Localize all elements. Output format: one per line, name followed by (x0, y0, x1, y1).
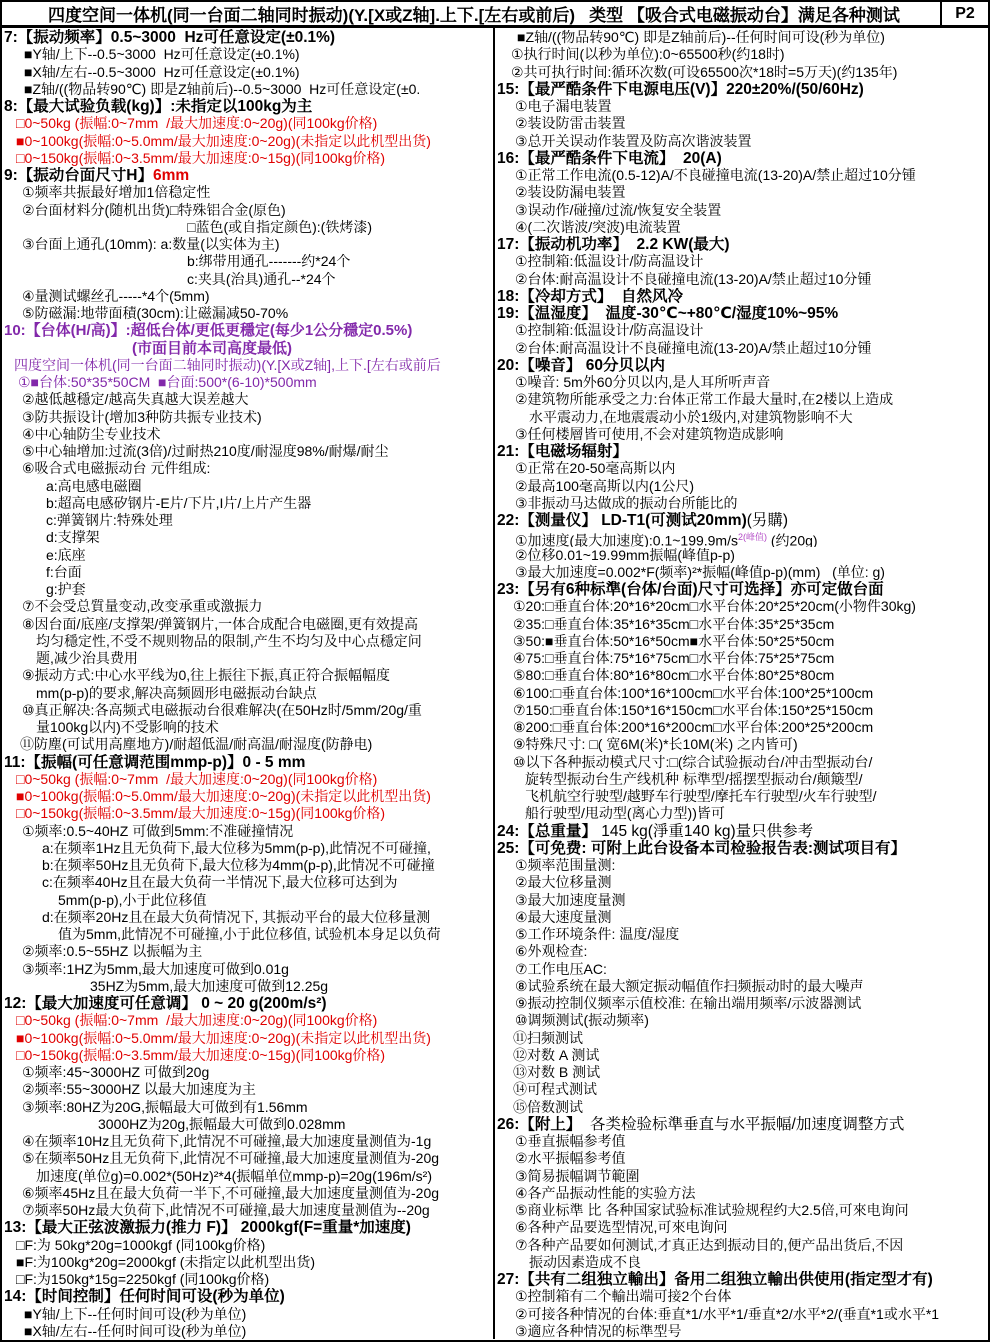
spec-line: g:护套 (2, 581, 493, 598)
spec-line: ⑬对数 B 测试 (495, 1064, 988, 1081)
spec-line: 26:【附上】 各类检验标準垂直与水平振幅/加速度调整方式 (495, 1116, 988, 1133)
spec-line: ④75:□垂直台体:75*16*75cm□水平台体:75*25*75cm (495, 650, 988, 667)
spec-line: □0~50kg (振幅:0~7mm /最大加速度:0~20g)(同100kg价格… (2, 115, 493, 132)
spec-line: ①正常工作电流(0.5-12)A/不良碰撞电流(13-20)A/禁止超过10分锺 (495, 167, 988, 184)
spec-line: ⑤防磁漏:地带面積(30cm):让磁漏减50-70% (2, 305, 493, 322)
spec-line: ①正常在20-50毫高斯以内 (495, 460, 988, 477)
spec-line: 水平震动力,在地震震动小於1级内,对建筑物影响不大 (495, 409, 988, 426)
spec-line: ⑪防塵(可试用高塵地方)/耐超低温/耐高温/耐湿度(防静电) (2, 736, 493, 753)
spec-line: ⑦频率50Hz最大负荷下,此情况不可碰撞,最大加速度量测值为--20g (2, 1202, 493, 1219)
spec-line: ②共可执行时间:循环次数(可设65500次*18时=5万天)(约135年) (495, 64, 988, 81)
spec-line: ⑥100:□垂直台体:100*16*100cm□水平台体:100*25*100c… (495, 685, 988, 702)
spec-line: ③总开关误动作装置及防高次谐波装置 (495, 133, 988, 150)
spec-line: ②可接各种情况的台体:垂直*1/水平*1/垂直*2/水平*2/(垂直*1或水平*… (495, 1306, 988, 1323)
spec-line-segment: 22:【测量仪】 LD-T1(可测试20mm) (497, 512, 747, 529)
spec-line: 振动因素造成不良 (495, 1254, 988, 1271)
spec-line: ■Z轴/((物品转90℃) 即是Z轴前后)--0.5~3000 Hz可任意设定(… (2, 81, 493, 98)
page-number: P2 (940, 2, 988, 25)
spec-line: ■0~100kg(振幅:0~5.0mm/最大加速度:0~20g)(未指定以此机型… (2, 1030, 493, 1047)
spec-line: ③最大加速度=0.002*F(频率)²*振幅(峰值p-p)(mm) (单位: g… (495, 564, 988, 581)
spec-line: 量100kg以内)不受影响的技术 (2, 719, 493, 736)
spec-line: □0~150kg(振幅:0~3.5mm/最大加速度:0~15g)(同100kg价… (2, 1047, 493, 1064)
spec-line: □0~150kg(振幅:0~3.5mm/最大加速度:0~15g)(同100kg价… (2, 805, 493, 822)
spec-line: 15:【最严酷条件下电源电压(V)】220±20%/(50/60Hz) (495, 81, 988, 98)
spec-line: ⑫对数 A 测试 (495, 1047, 988, 1064)
spec-line: 25:【可免费: 可附上此台设备本司检验报告表:测试项目有】 (495, 840, 988, 857)
spec-line: ⑨振动方式:中心水平线为0,往上振往下振,真正符合振幅幅度 (2, 667, 493, 684)
spec-line: ②台体:耐高温设计不良碰撞电流(13-20)A/禁止超过10分锺 (495, 340, 988, 357)
spec-line: ⑥外观检查: (495, 943, 988, 960)
spec-line: 23:【另有6种标準(台体/台面)尺寸可选择】亦可定做台面 (495, 581, 988, 598)
spec-line: 7:【振动频率】0.5~3000 Hz可任意设定(±0.1%) (2, 29, 493, 46)
spec-line: ①加速度(最大加速度):0.1~199.9m/s2(峰值) (约20g) (495, 529, 988, 546)
spec-line: ②建筑物所能承受之力:台体正常工作最大量时,在2楼以上造成 (495, 391, 988, 408)
spec-line: ⑩调频测试(振动频率) (495, 1012, 988, 1029)
spec-line: ⑩以下各种振动模式尺寸:□(综合试验振动台/冲击型振动台/ (495, 754, 988, 771)
spec-line: ④最大速度量测 (495, 909, 988, 926)
spec-line: ②频率:55~3000HZ 以最大加速度为主 (2, 1081, 493, 1098)
spec-line: 22:【测量仪】 LD-T1(可测试20mm)(另購) (495, 512, 988, 529)
spec-line: ③频率:80HZ为20G,振幅最大可做到有1.56mm (2, 1099, 493, 1116)
spec-line: ④(二次谐波/突波)电流装置 (495, 219, 988, 236)
spec-line: 27:【共有二组独立輸出】备用二组独立輸出供使用(指定型才有) (495, 1271, 988, 1288)
spec-line: ③防共振设计(增加3种防共振专业技术) (2, 409, 493, 426)
spec-line: ③最大加速度量测 (495, 892, 988, 909)
spec-line: 18:【冷却方式】 自然风冷 (495, 288, 988, 305)
spec-line: mm(p-p)的要求,解决高频圆形电磁振动台缺点 (2, 685, 493, 702)
spec-line: 船行驶型/甩动型(离心力型))皆可 (495, 805, 988, 822)
spec-line: ①垂直振幅参考值 (495, 1133, 988, 1150)
left-column: 7:【振动频率】0.5~3000 Hz可任意设定(±0.1%)■Y轴/上下--0… (2, 28, 495, 1339)
spec-line: ■0~100kg(振幅:0~5.0mm/最大加速度:0~20g)(未指定以此机型… (2, 133, 493, 150)
spec-line: d:支撑架 (2, 529, 493, 546)
spec-line: ■0~100kg(振幅:0~5.0mm/最大加速度:0~20g)(未指定以此机型… (2, 788, 493, 805)
spec-line: ⑥频率45Hz且在最大负荷一半下,不可碰撞,最大加速度量测值为-20g (2, 1185, 493, 1202)
spec-line: 9:【振动台面尺寸H】6mm (2, 167, 493, 184)
spec-line: ⑧200:□垂直台体:200*16*200cm□水平台体:200*25*200c… (495, 719, 988, 736)
spec-line: 飞机航空行驶型/越野车行驶型/摩托车行驶型/火车行驶型/ (495, 788, 988, 805)
spec-line: ①执行时间(以秒为单位):0~65500秒(约18时) (495, 46, 988, 63)
spec-line: 14:【时间控制】任何时间可设(秒为单位) (2, 1288, 493, 1305)
spec-line: ④各产品振动性能的实验方法 (495, 1185, 988, 1202)
spec-line-segment: 145 kg(淨重140 kg)量只供参考 (597, 823, 813, 840)
spec-line-segment: ①加速度(最大加速度):0.1~199.9m/s (515, 533, 738, 547)
spec-line: (市面目前本司高度最低) (2, 340, 493, 357)
spec-line: ⑤80:□垂直台体:80*16*80cm□水平台体:80*25*80cm (495, 667, 988, 684)
spec-line: ②35:□垂直台体:35*16*35cm□水平台体:35*25*35cm (495, 616, 988, 633)
spec-line: ③任何楼層皆可使用,不会对建筑物造成影响 (495, 426, 988, 443)
spec-line: ③適应各种情况的标準型号 (495, 1323, 988, 1339)
spec-line: ■X轴/左右--任何时间可设(秒为单位) (2, 1323, 493, 1339)
spec-line: ③非振动马达做成的振动台所能比的 (495, 495, 988, 512)
spec-line: 19:【温湿度】 温度-30℃~+80℃/湿度10%~95% (495, 305, 988, 322)
spec-line: ③50:■垂直台体:50*16*50cm■水平台体:50*25*50cm (495, 633, 988, 650)
spec-line: ⑤在频率50Hz且无负荷下,此情况不可碰撞,最大加速度量测值为-20g (2, 1150, 493, 1167)
spec-sheet-page: 四度空间一体机(同一台面二轴同时振动)(Y.[X或Z轴].上下.[左右或前后) … (0, 0, 990, 1342)
spec-line: 旋转型振动台生产线机种 标準型/摇摆型振动台/颠簸型/ (495, 771, 988, 788)
spec-line: ①频率:0.5~40HZ 可做到5mm:不准碰撞情况 (2, 823, 493, 840)
spec-line: □F:为 50kg*20g=1000kgf (同100kg价格) (2, 1237, 493, 1254)
spec-line: □F:为150kg*15g=2250kgf (同100kg价格) (2, 1271, 493, 1288)
spec-line: 13:【最大正弦波激振力(推力 F)】 2000kgf(F=重量*加速度) (2, 1219, 493, 1236)
spec-line: 11:【振幅(可任意调范围mmp-p)】0 - 5 mm (2, 754, 493, 771)
spec-line: ②最高100毫高斯以内(1公尺) (495, 478, 988, 495)
spec-line: ①频率:45~3000HZ 可做到20g (2, 1064, 493, 1081)
spec-line: 12:【最大加速度可任意调】 0 ~ 20 g(200m/s²) (2, 995, 493, 1012)
spec-line: ⑤工作环境条件: 温度/湿度 (495, 926, 988, 943)
right-column: ■Z轴/((物品转90℃) 即是Z轴前后)--任何时间可设(秒为单位)①执行时间… (495, 28, 988, 1339)
spec-line: ⑥各种产品要选型情况,可來电询问 (495, 1219, 988, 1236)
spec-line: 24:【总重量】 145 kg(淨重140 kg)量只供参考 (495, 823, 988, 840)
spec-line: 均匀穩定性,不受不规则物品的限制,产生不均匀及中心点穩定问 (2, 633, 493, 650)
spec-line-segment: 2(峰值) (738, 532, 767, 542)
spec-line-segment: (另購) (747, 512, 788, 529)
spec-line: ■Z轴/((物品转90℃) 即是Z轴前后)--任何时间可设(秒为单位) (495, 29, 988, 46)
spec-line: ⑮倍数测试 (495, 1099, 988, 1116)
spec-line: ①控制箱:低温设计/防高温设计 (495, 253, 988, 270)
spec-line: ①电子漏电装置 (495, 98, 988, 115)
spec-line: ②最大位移量测 (495, 874, 988, 891)
spec-line-segment: 9:【振动台面尺寸H】 (4, 167, 153, 184)
spec-line: ④在频率10Hz且无负荷下,此情况不可碰撞,最大加速度量测值为-1g (2, 1133, 493, 1150)
spec-line: f:台面 (2, 564, 493, 581)
spec-line: c:夹具(治具)通孔--*24个 (2, 271, 493, 288)
spec-line: ②台面材料分(随机出货)□特殊铝合金(原色) (2, 202, 493, 219)
spec-line: ①控制箱:低温设计/防高温设计 (495, 322, 988, 339)
page-header: 四度空间一体机(同一台面二轴同时振动)(Y.[X或Z轴].上下.[左右或前后) … (2, 2, 988, 28)
spec-line: a:高电感电磁圈 (2, 478, 493, 495)
spec-line: b:绑带用通孔-------约*24个 (2, 253, 493, 270)
spec-line: ③简易振幅调节範圍 (495, 1168, 988, 1185)
spec-line: ⑪扫频测试 (495, 1030, 988, 1047)
spec-line: 16:【最严酷条件下电流】 20(A) (495, 150, 988, 167)
spec-line: ③误动作/碰撞/过流/恢复安全装置 (495, 202, 988, 219)
spec-line: ⑤中心轴增加:过流(3倍)/过耐热210度/耐湿度98%/耐爆/耐尘 (2, 443, 493, 460)
spec-line: 17:【振动机功率】 2.2 KW(最大) (495, 236, 988, 253)
spec-line: ③频率:1HZ为5mm,最大加速度可做到0.01g (2, 961, 493, 978)
spec-line: ⑧试验系统在最大额定振动幅值作扫频振动时的最大噪声 (495, 978, 988, 995)
spec-line-segment: 26:【附上】 (497, 1116, 581, 1133)
spec-line: 35HZ为5mm,最大加速度可做到12.25g (2, 978, 493, 995)
spec-line: ⑨振动控制仪频率示值校准: 在输出端用频率/示波器测试 (495, 995, 988, 1012)
spec-line: ⑦工作电压AC: (495, 961, 988, 978)
spec-line: ②装设防雷击装置 (495, 115, 988, 132)
content-columns: 7:【振动频率】0.5~3000 Hz可任意设定(±0.1%)■Y轴/上下--0… (2, 28, 988, 1339)
page-title: 四度空间一体机(同一台面二轴同时振动)(Y.[X或Z轴].上下.[左右或前后) … (2, 2, 940, 26)
spec-line: ⑦各种产品要如何测试,才真正达到振动目的,便产品出货后,不因 (495, 1237, 988, 1254)
spec-line: □0~50kg (振幅:0~7mm /最大加速度:0~20g)(同100kg价格… (2, 1012, 493, 1029)
spec-line: 8:【最大试验负载(kg)】:未指定以100kg为主 (2, 98, 493, 115)
spec-line: ■F:为100kg*20g=2000kgf (未指定以此机型出货) (2, 1254, 493, 1271)
spec-line: b:在频率50Hz且无负荷下,最大位移为4mm(p-p),此情况不可碰撞 (2, 857, 493, 874)
spec-line: ①控制箱有二个輸出端可接2个台体 (495, 1288, 988, 1305)
spec-line: c:在频率40Hz且在最大负荷一半情况下,最大位移可达到为 (2, 874, 493, 891)
spec-line: c:弹簧钢片:特殊处理 (2, 512, 493, 529)
spec-line: a:在频率1Hz且无负荷下,最大位移为5mm(p-p),此情况不可碰撞, (2, 840, 493, 857)
spec-line: ②越低越穩定/越高失真越大误差越大 (2, 391, 493, 408)
spec-line: ①噪音: 5m外60分贝以内,是人耳所听声音 (495, 374, 988, 391)
spec-line-segment: 6mm (153, 167, 189, 184)
spec-line: ⑧因台面/底座/支撑架/弹簧钢片,一体合成配合电磁圈,更有效提高 (2, 616, 493, 633)
spec-line: 加速度(单位g)=0.002*(50Hz)²*4(振幅单位mmp-p)=20g(… (2, 1168, 493, 1185)
spec-line: b:超高电感矽钢片-E片/下片,I片/上片产生器 (2, 495, 493, 512)
spec-line: ①■台体:50*35*50CM ■台面:500*(6-10)*500mm (2, 374, 493, 391)
spec-line: ①频率范围量测: (495, 857, 988, 874)
spec-line: 值为5mm,此情况不可碰撞,小于此位移值, 试验机本身足以负荷 (2, 926, 493, 943)
spec-line: 10:【台体(H/高)】:超低台体/更低更穩定(每少1公分穩定0.5%) (2, 322, 493, 339)
spec-line: ■X轴/左右--0.5~3000 Hz可任意设定(±0.1%) (2, 64, 493, 81)
spec-line-segment: (约20g) (767, 533, 818, 547)
spec-line: ⑨特殊尺寸: □( 宽6M(米)*长10M(米) 之内皆可) (495, 736, 988, 753)
spec-line: ⑭可程式测试 (495, 1081, 988, 1098)
spec-line: ③台面上通孔(10mm): a:数量(以实体为主) (2, 236, 493, 253)
spec-line: ⑦不会受总質量变动,改变承重或激振力 (2, 598, 493, 615)
spec-line: 题,减少治具费用 (2, 650, 493, 667)
spec-line: d:在频率20Hz且在最大负荷情况下, 其振动平台的最大位移量测 (2, 909, 493, 926)
spec-line: □0~150kg(振幅:0~3.5mm/最大加速度:0~15g)(同100kg价… (2, 150, 493, 167)
spec-line: ①频率共振最好增加1倍稳定性 (2, 184, 493, 201)
spec-line: ④中心轴防尘专业技术 (2, 426, 493, 443)
spec-line: ②装设防漏电装置 (495, 184, 988, 201)
spec-line: ■Y轴/上下--任何时间可设(秒为单位) (2, 1306, 493, 1323)
spec-line: e:底座 (2, 547, 493, 564)
spec-line: ②频率:0.5~55HZ 以振幅为主 (2, 943, 493, 960)
spec-line: ①20:□垂直台体:20*16*20cm□水平台体:20*25*20cm(小物件… (495, 598, 988, 615)
spec-line: 四度空间一体机(同一台面二轴同时振动)(Y.[X或Z轴],上下.[左右或前后 (2, 357, 493, 374)
spec-line-segment: 24:【总重量】 (497, 823, 597, 840)
spec-line: □蓝色(或自指定颜色):(铁烤漆) (2, 219, 493, 236)
spec-line: ⑥吸合式电磁振动台 元件组成: (2, 460, 493, 477)
spec-line: □0~50kg (振幅:0~7mm /最大加速度:0~20g)(同100kg价格… (2, 771, 493, 788)
spec-line-segment: 各类检验标準垂直与水平振幅/加速度调整方式 (581, 1116, 904, 1133)
spec-line: ②台体:耐高温设计不良碰撞电流(13-20)A/禁止超过10分锺 (495, 271, 988, 288)
spec-line: ■Y轴/上下--0.5~3000 Hz可任意设定(±0.1%) (2, 46, 493, 63)
spec-line: 20:【噪音】 60分贝以内 (495, 357, 988, 374)
spec-line: 5mm(p-p),小于此位移值 (2, 892, 493, 909)
spec-line: 21:【电磁场辐射】 (495, 443, 988, 460)
spec-line: 3000HZ为20g,振幅最大可做到0.028mm (2, 1116, 493, 1133)
spec-line: ②位移0.01~19.99mm振幅(峰值p-p) (495, 547, 988, 564)
spec-line: ②水平振幅参考值 (495, 1150, 988, 1167)
spec-line: ④量测试螺丝孔-----*4个(5mm) (2, 288, 493, 305)
spec-line: ⑦150:□垂直台体:150*16*150cm□水平台体:150*25*150c… (495, 702, 988, 719)
spec-line: ⑩真正解决:各高频式电磁振动台很难解决(在50Hz时/5mm/20g/重 (2, 702, 493, 719)
spec-line: ⑤商业标準 比 各种国家试验标准试验规程约大2.5倍,可來电询问 (495, 1202, 988, 1219)
